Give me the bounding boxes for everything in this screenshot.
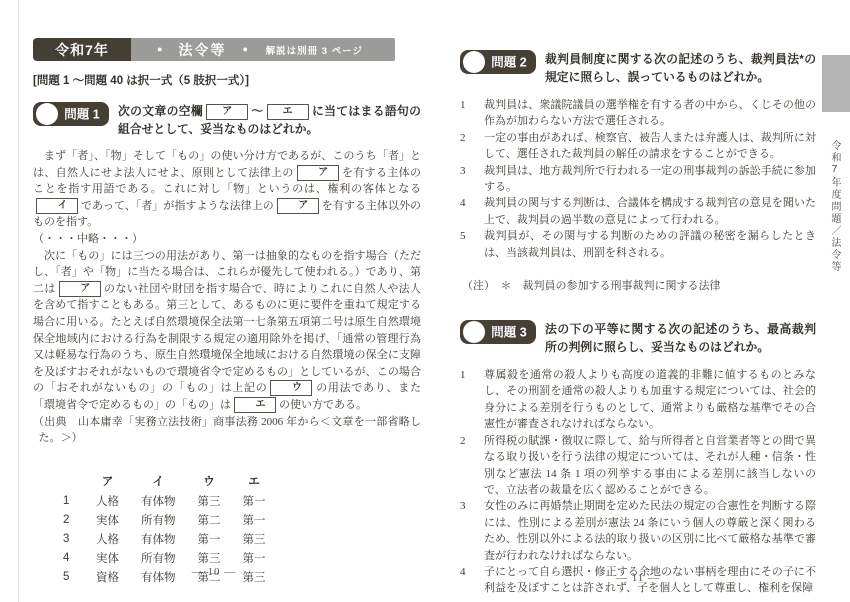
col-header-u: ウ [187,473,232,492]
subject-bar: ● 法令等 ● 解説は別冊 3 ページ [131,38,395,61]
passage-paragraph-1: まず「者」、「物」そして「もの」の使い分け方であるが、このうち「者」とは、自然人… [33,148,421,231]
problem3-statement: 法の下の平等に関する次の記述のうち、最高裁判所の判例に照らし、妥当なものはどれか… [545,319,816,356]
cell: 実体 [85,511,130,530]
reading-passage: まず「者」、「物」そして「もの」の使い分け方であるが、このうち「者」とは、自然人… [33,148,421,447]
problem2-badge: 問題 2 [460,49,536,75]
cell: 第一 [232,511,277,530]
cell: 第三 [232,530,277,549]
right-page: 問題 2 裁判員制度に関する次の記述のうち、裁判員法*の規定に照らし、誤っている… [460,36,816,597]
option-number: 3 [460,163,484,196]
blank-box: ア [297,165,339,181]
blank-box: ア [59,281,101,297]
option-row: 1 尊属殺を通常の殺人よりも高度の道義的非難に値するものとみなし、その刑罰を通常… [460,367,816,433]
option-number: 5 [460,228,484,261]
exam-format-note: [問題 1 〜問題 40 は択一式（5 肢択一式）] [33,72,421,88]
edge-tab-label: 令和7年度問題／法令等 [827,140,842,273]
table-row: 3 人格 有体物 第一 第三 [63,530,277,549]
option-row: 3 女性のみに再婚禁止期間を定めた民法の規定の合憲性を判断する際には、性別による… [460,498,816,564]
problem2-footnote: （注） ＊ 裁判員の参加する刑事裁判に関する法律 [462,277,816,293]
problem1-badge: 問題 1 [33,101,109,127]
option-text: 一定の事由があれば、検察官、被告人または弁護人は、裁判所に対して、選任された裁判… [484,130,816,163]
table-row: 1 人格 有体物 第三 第一 [63,492,277,511]
col-header-i: イ [130,473,187,492]
option-number: 3 [460,498,484,564]
problem1-statement: 次の文章の空欄ア〜エに当てはまる語句の組合せとして、妥当なものはどれか。 [118,101,421,138]
solution-reference-note: 解説は別冊 3 ページ [266,43,363,57]
cell: 実体 [85,549,130,568]
option-text: 裁判員の関与する判断は、合議体を構成する裁判官の意見を聞いた上で、裁判員の過半数… [484,195,816,228]
passage-paragraph-2: 次に「もの」には三つの用法があり、第一は抽象的なものを指す場合（ただし、「者」や… [33,248,421,414]
option-row: 4 裁判員の関与する判断は、合議体を構成する裁判官の意見を聞いた上で、裁判員の過… [460,195,816,228]
year-badge: 令和7年 [33,38,131,61]
passage-source: （出典 山本庸幸「実務立法技術」商事法務 2006 年から＜文章を一部省略した。… [33,414,421,447]
blank-box: ア [206,104,248,120]
blank-box: イ [36,198,78,214]
option-number: 2 [460,130,484,163]
subject-label: 法令等 [178,40,226,60]
bullet-icon: ● [242,45,247,54]
option-row: 2 所得税の賦課・徴収に際して、給与所得者と自営業者等との間で異なる取り扱いを行… [460,433,816,499]
cell: 有体物 [130,492,187,511]
cell: 第一 [232,492,277,511]
problem3-badge: 問題 3 [460,319,536,345]
option-row: 5 裁判員が、その関与する判断のための評議の秘密を漏らしたときは、当該裁判員は、… [460,228,816,261]
edge-tab [822,55,850,112]
page-edge-line [18,0,19,602]
option-number: 4 [460,195,484,228]
option-row: 3 裁判員は、地方裁判所で行われる一定の刑事裁判の訴訟手続に参加する。 [460,163,816,196]
col-header-e: エ [232,473,277,492]
blank-box: エ [267,104,309,120]
problem2-options: 1 裁判員は、衆議院議員の選挙権を有する者の中から、くじその他の作為が加わらない… [460,97,816,261]
option-row: 1 裁判員は、衆議院議員の選挙権を有する者の中から、くじその他の作為が加わらない… [460,97,816,130]
table-row: 4 実体 所有物 第三 第一 [63,549,277,568]
cell: 第二 [187,511,232,530]
table-header-row: ア イ ウ エ [63,473,277,492]
page-number-right: — 11 — [460,572,816,584]
cell: 人格 [85,492,130,511]
problem2-statement: 裁判員制度に関する次の記述のうち、裁判員法*の規定に照らし、誤っているものはどれ… [545,49,816,86]
option-row: 2 一定の事由があれば、検察官、被告人または弁護人は、裁判所に対して、選任された… [460,130,816,163]
cell: 第三 [187,492,232,511]
row-number: 4 [63,549,85,568]
problem3-badge-label: 問題 3 [491,325,526,340]
row-number: 1 [63,492,85,511]
subject-group: ● 法令等 ● [157,40,248,60]
bullet-icon: ● [157,45,162,54]
blank-box: ウ [270,380,312,396]
cell: 第一 [187,530,232,549]
passage-ellipsis: （・・・中略・・・） [33,231,421,248]
option-text: 裁判員が、その関与する判断のための評議の秘密を漏らしたときは、当該裁判員は、刑罰… [484,228,816,261]
option-number: 1 [460,97,484,130]
option-text: 所得税の賦課・徴収に際して、給与所得者と自営業者等との間で異なる取り扱いを行う法… [484,433,816,499]
problem1-header-row: 問題 1 次の文章の空欄ア〜エに当てはまる語句の組合せとして、妥当なものはどれか… [33,101,421,138]
page-number-left: — 10 — [33,566,395,578]
row-number: 3 [63,530,85,549]
row-number: 2 [63,511,85,530]
option-text: 女性のみに再婚禁止期間を定めた民法の規定の合憲性を判断する際には、性別による差別… [484,498,816,564]
problem1-badge-label: 問題 1 [64,107,99,122]
cell: 第三 [187,549,232,568]
col-header-a: ア [85,473,130,492]
cell: 所有物 [130,511,187,530]
cell: 有体物 [130,530,187,549]
cell: 所有物 [130,549,187,568]
problem3-header-row: 問題 3 法の下の平等に関する次の記述のうち、最高裁判所の判例に照らし、妥当なも… [460,319,816,356]
blank-box: ア [277,198,319,214]
option-text: 裁判員は、地方裁判所で行われる一定の刑事裁判の訴訟手続に参加する。 [484,163,816,196]
problem2-badge-label: 問題 2 [491,55,526,70]
problem3-options: 1 尊属殺を通常の殺人よりも高度の道義的非難に値するものとみなし、その刑罰を通常… [460,367,816,597]
option-text: 尊属殺を通常の殺人よりも高度の道義的非難に値するものとみなし、その刑罰を通常の殺… [484,367,816,433]
table-row: 2 実体 所有物 第二 第一 [63,511,277,530]
option-number: 1 [460,367,484,433]
option-number: 2 [460,433,484,499]
option-text: 裁判員は、衆議院議員の選挙権を有する者の中から、くじその他の作為が加わらない方法… [484,97,816,130]
left-page: 令和7年 ● 法令等 ● 解説は別冊 3 ページ [問題 1 〜問題 40 は択… [33,38,421,587]
cell: 人格 [85,530,130,549]
edition-header: 令和7年 ● 法令等 ● 解説は別冊 3 ページ [33,38,395,61]
blank-box: エ [234,397,276,413]
cell: 第一 [232,549,277,568]
problem2-header-row: 問題 2 裁判員制度に関する次の記述のうち、裁判員法*の規定に照らし、誤っている… [460,49,816,86]
